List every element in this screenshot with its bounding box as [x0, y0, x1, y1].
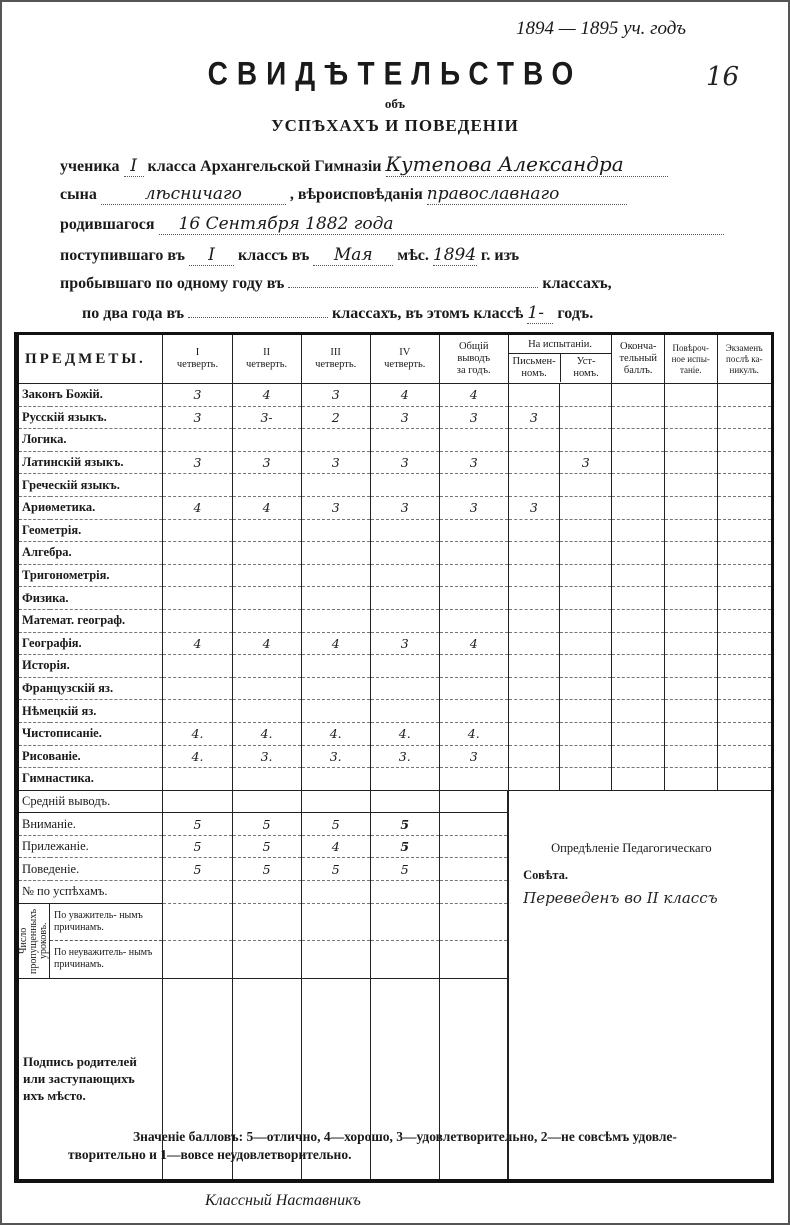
grade-q1[interactable]	[163, 564, 232, 587]
grade-q4[interactable]	[370, 542, 439, 565]
conduct-q3[interactable]: 5	[301, 813, 370, 836]
student-line-4: поступившаго въ I классъ въ Мая мѣс. 189…	[60, 245, 519, 266]
grade-q4[interactable]	[370, 474, 439, 497]
grade-final[interactable]	[612, 655, 665, 678]
grade-q1[interactable]: 3	[163, 451, 232, 474]
grade-retest[interactable]	[665, 677, 717, 700]
grade-q2[interactable]	[232, 677, 301, 700]
missed-valid-q2[interactable]	[232, 903, 301, 941]
grade-oral[interactable]	[560, 700, 612, 723]
birth-date-field[interactable]: 16 Сентября 1882 года	[159, 214, 724, 235]
grade-written[interactable]	[508, 768, 559, 791]
grade-legend-line-2: творительно и 1—вовсе неудовлетворительн…	[68, 1146, 773, 1164]
table-row: Русскій языкъ.33-2333	[17, 406, 773, 429]
subject-name: Нѣмецкій яз.	[17, 700, 163, 723]
grade-oral[interactable]	[560, 609, 612, 632]
grade-year[interactable]: 3	[439, 451, 508, 474]
table-row: Рисованіе.4.3.3.3.3	[17, 745, 773, 768]
grade-oral[interactable]	[560, 519, 612, 542]
grade-final[interactable]	[612, 609, 665, 632]
grade-q2[interactable]: 4	[232, 632, 301, 655]
grade-retest[interactable]	[665, 722, 717, 745]
grade-q4[interactable]	[370, 609, 439, 632]
council-label-1: Опредѣленіе Педагогическаго	[523, 841, 761, 856]
grade-year[interactable]	[439, 564, 508, 587]
grade-year[interactable]	[439, 519, 508, 542]
table-row: Французскій яз.	[17, 677, 773, 700]
subject-name: Чистописаніе.	[17, 722, 163, 745]
grade-written[interactable]	[508, 564, 559, 587]
grade-year[interactable]: 4	[439, 632, 508, 655]
grade-oral[interactable]	[560, 429, 612, 452]
council-decision-field[interactable]: Переведенъ во II классъ	[523, 889, 761, 907]
grade-q3[interactable]: 3	[301, 496, 370, 519]
header-exam-group: На испытаніи. Письмен-номъ. Уст-номъ.	[508, 334, 612, 384]
grade-year[interactable]	[439, 655, 508, 678]
grade-oral[interactable]	[560, 722, 612, 745]
conduct-name: № по успѣхамъ.	[17, 881, 163, 904]
grade-q3[interactable]	[301, 609, 370, 632]
subject-name: Логика.	[17, 429, 163, 452]
grade-q4[interactable]: 3	[370, 451, 439, 474]
conduct-q3[interactable]	[301, 881, 370, 904]
header-holiday-exam: Экзаменъпослѣ ка-никулъ.	[717, 334, 773, 384]
conduct-q2[interactable]: 5	[232, 858, 301, 881]
grade-q3[interactable]	[301, 587, 370, 610]
grade-oral[interactable]	[560, 768, 612, 791]
header-q4: IVчетверть.	[370, 334, 439, 384]
table-row: Географія.44434	[17, 632, 773, 655]
grade-q3[interactable]: 2	[301, 406, 370, 429]
conduct-q3[interactable]: 5	[301, 858, 370, 881]
grade-q4[interactable]	[370, 700, 439, 723]
grade-q4[interactable]	[370, 519, 439, 542]
conduct-q1[interactable]: 5	[163, 858, 232, 881]
grade-retest[interactable]	[665, 587, 717, 610]
table-row: Тригонометрія.	[17, 564, 773, 587]
grade-year[interactable]	[439, 768, 508, 791]
class-number-field[interactable]: I	[124, 156, 144, 177]
grade-q1[interactable]	[163, 768, 232, 791]
grade-q2[interactable]	[232, 564, 301, 587]
table-row: Греческій языкъ.	[17, 474, 773, 497]
subject-name: Географія.	[17, 632, 163, 655]
grade-final[interactable]	[612, 496, 665, 519]
table-row: Латинскій языкъ.333333	[17, 451, 773, 474]
entry-year-field[interactable]: 1894	[433, 245, 477, 266]
label: классахъ,	[542, 275, 611, 292]
student-name-field[interactable]: Кутепова Александра	[386, 152, 668, 177]
grade-q1[interactable]	[163, 677, 232, 700]
header-oral: Уст-номъ.	[560, 354, 612, 382]
grade-q3[interactable]	[301, 655, 370, 678]
grade-written[interactable]	[508, 632, 559, 655]
grade-q2[interactable]	[232, 429, 301, 452]
grade-q4[interactable]: 4	[370, 384, 439, 407]
label: пробывшаго по одному году въ	[60, 275, 284, 292]
grade-q1[interactable]	[163, 474, 232, 497]
conduct-q4[interactable]: 5	[370, 813, 439, 836]
grade-retest[interactable]	[665, 429, 717, 452]
grade-oral[interactable]	[560, 474, 612, 497]
grade-q1[interactable]: 3	[163, 406, 232, 429]
table-row: Физика.	[17, 587, 773, 610]
grade-q1[interactable]	[163, 609, 232, 632]
two-year-classes-field[interactable]	[188, 317, 328, 318]
grade-written[interactable]	[508, 519, 559, 542]
table-row: Чистописаніе.4.4.4.4.4.	[17, 722, 773, 745]
grade-final[interactable]	[612, 632, 665, 655]
conduct-q3[interactable]	[301, 790, 370, 813]
grade-q3[interactable]	[301, 542, 370, 565]
grade-q1[interactable]	[163, 429, 232, 452]
header-q3: IIIчетверть.	[301, 334, 370, 384]
grade-final[interactable]	[612, 677, 665, 700]
grade-holiday[interactable]	[717, 722, 773, 745]
header-year-total: Общійвыводъза годъ.	[439, 334, 508, 384]
grade-q3[interactable]	[301, 768, 370, 791]
grade-holiday[interactable]	[717, 655, 773, 678]
grade-retest[interactable]	[665, 496, 717, 519]
grade-q2[interactable]: 3-	[232, 406, 301, 429]
grade-q3[interactable]	[301, 700, 370, 723]
grade-final[interactable]	[612, 519, 665, 542]
subject-name: Математ. географ.	[17, 609, 163, 632]
conduct-q2[interactable]: 5	[232, 835, 301, 858]
grade-holiday[interactable]	[717, 474, 773, 497]
missed-valid-q3[interactable]	[301, 903, 370, 941]
grade-q4[interactable]	[370, 587, 439, 610]
missed-invalid-q4[interactable]	[370, 941, 439, 979]
grade-q2[interactable]	[232, 700, 301, 723]
conduct-q2[interactable]: 5	[232, 813, 301, 836]
label: классъ въ	[238, 247, 309, 264]
grade-q4[interactable]	[370, 655, 439, 678]
grade-q3[interactable]	[301, 564, 370, 587]
grade-final[interactable]	[612, 406, 665, 429]
grade-retest[interactable]	[665, 745, 717, 768]
grade-year[interactable]: 3	[439, 496, 508, 519]
subject-name: Ариөметика.	[17, 496, 163, 519]
grade-retest[interactable]	[665, 384, 717, 407]
grade-q1[interactable]: 4	[163, 496, 232, 519]
grade-q4[interactable]: 3	[370, 632, 439, 655]
grade-year[interactable]	[439, 429, 508, 452]
grade-q2[interactable]	[232, 474, 301, 497]
grade-oral[interactable]	[560, 655, 612, 678]
grade-year[interactable]: 3	[439, 745, 508, 768]
grade-year[interactable]: 4	[439, 384, 508, 407]
grade-q1[interactable]: 4	[163, 632, 232, 655]
religion-field[interactable]: православнаго	[427, 184, 627, 205]
label: родившагося	[60, 216, 155, 233]
grade-q3[interactable]	[301, 429, 370, 452]
grade-written[interactable]	[508, 451, 559, 474]
subject-name: Алгебра.	[17, 542, 163, 565]
subject-name: Физика.	[17, 587, 163, 610]
missed-valid-year[interactable]	[439, 903, 508, 941]
grade-written[interactable]	[508, 722, 559, 745]
grade-final[interactable]	[612, 587, 665, 610]
subject-name: Исторія.	[17, 655, 163, 678]
grade-q1[interactable]: 4.	[163, 745, 232, 768]
father-rank-field[interactable]: лѣсничаго	[101, 184, 286, 205]
grade-final[interactable]	[612, 451, 665, 474]
missed-invalid-year[interactable]	[439, 941, 508, 979]
header-written: Письмен-номъ.	[509, 354, 560, 382]
grade-oral[interactable]	[560, 677, 612, 700]
header-retest: Повѣроч-ное испы-таніе.	[665, 334, 717, 384]
grade-retest[interactable]	[665, 474, 717, 497]
grade-retest[interactable]	[665, 451, 717, 474]
grade-q3[interactable]: 4.	[301, 722, 370, 745]
grade-q4[interactable]: 3	[370, 406, 439, 429]
grade-q3[interactable]	[301, 677, 370, 700]
grade-q3[interactable]: 3	[301, 384, 370, 407]
grade-q1[interactable]: 3	[163, 384, 232, 407]
conduct-q1[interactable]	[163, 790, 232, 813]
missed-invalid-q1[interactable]	[163, 941, 232, 979]
entry-month-field[interactable]: Мая	[313, 245, 393, 266]
grade-final[interactable]	[612, 722, 665, 745]
grade-q2[interactable]	[232, 519, 301, 542]
grade-written[interactable]	[508, 587, 559, 610]
grade-final[interactable]	[612, 700, 665, 723]
conduct-name: Вниманіе.	[17, 813, 163, 836]
conduct-year[interactable]	[439, 881, 508, 904]
table-row: Ариөметика.443333	[17, 496, 773, 519]
grade-oral[interactable]	[560, 745, 612, 768]
conduct-name: Поведеніе.	[17, 858, 163, 881]
grade-legend: Значеніе балловъ: 5—отлично, 4—хорошо, 3…	[133, 1128, 773, 1164]
student-line-5: пробывшаго по одному году въ классахъ,	[60, 275, 612, 293]
grade-written[interactable]	[508, 542, 559, 565]
grade-retest[interactable]	[665, 609, 717, 632]
grade-q2[interactable]: 3	[232, 451, 301, 474]
grade-q2[interactable]	[232, 587, 301, 610]
grade-q2[interactable]: 4.	[232, 722, 301, 745]
grade-q1[interactable]	[163, 587, 232, 610]
grade-year[interactable]	[439, 700, 508, 723]
grade-holiday[interactable]	[717, 542, 773, 565]
grade-oral[interactable]	[560, 632, 612, 655]
table-row: Исторія.	[17, 655, 773, 678]
grade-written[interactable]	[508, 700, 559, 723]
grade-holiday[interactable]	[717, 451, 773, 474]
one-year-classes-field[interactable]	[288, 287, 538, 288]
grade-written[interactable]	[508, 745, 559, 768]
grade-final[interactable]	[612, 745, 665, 768]
grade-year[interactable]	[439, 474, 508, 497]
grade-written[interactable]	[508, 384, 559, 407]
subject-name: Тригонометрія.	[17, 564, 163, 587]
grade-oral[interactable]	[560, 587, 612, 610]
grade-oral[interactable]: 3	[560, 451, 612, 474]
conduct-q2[interactable]	[232, 881, 301, 904]
document-title: СВИДѢТЕЛЬСТВО	[0, 56, 790, 93]
grade-q1[interactable]	[163, 700, 232, 723]
header-subjects: ПРЕДМЕТЫ.	[17, 334, 163, 384]
grade-oral[interactable]	[560, 564, 612, 587]
conduct-q4[interactable]: 5	[370, 835, 439, 858]
subject-name: Греческій языкъ.	[17, 474, 163, 497]
student-line-1: ученика I класса Архангельской Гимназіи …	[60, 152, 668, 177]
entry-class-field[interactable]: I	[189, 245, 234, 266]
grade-holiday[interactable]	[717, 496, 773, 519]
conduct-q3[interactable]: 4	[301, 835, 370, 858]
grade-final[interactable]	[612, 474, 665, 497]
label: г. изъ	[481, 247, 519, 264]
grade-holiday[interactable]	[717, 768, 773, 791]
grade-final[interactable]	[612, 429, 665, 452]
council-decision-box: Опредѣленіе Педагогическаго Совѣта. Пере…	[508, 790, 772, 1178]
grade-holiday[interactable]	[717, 384, 773, 407]
missed-valid-q1[interactable]	[163, 903, 232, 941]
grade-year[interactable]	[439, 542, 508, 565]
conduct-q1[interactable]: 5	[163, 835, 232, 858]
grade-q3[interactable]	[301, 519, 370, 542]
conduct-year[interactable]	[439, 835, 508, 858]
missed-valid-q4[interactable]	[370, 903, 439, 941]
grade-holiday[interactable]	[717, 745, 773, 768]
header-final: Оконча-тельныйбаллъ.	[612, 334, 665, 384]
conduct-year[interactable]	[439, 858, 508, 881]
grade-retest[interactable]	[665, 700, 717, 723]
header-q1: Iчетверть.	[163, 334, 232, 384]
label: годъ.	[557, 305, 593, 322]
grade-retest[interactable]	[665, 542, 717, 565]
missed-invalid-label: По неуважитель- нымъ причинамъ.	[50, 941, 163, 979]
conduct-name: Средній выводъ.	[17, 790, 163, 813]
grade-written[interactable]	[508, 474, 559, 497]
grade-q3[interactable]: 4	[301, 632, 370, 655]
missed-lessons-label: Число пропущенныхъ уроковъ.	[17, 903, 50, 978]
grade-year[interactable]	[439, 677, 508, 700]
grade-year[interactable]	[439, 587, 508, 610]
grade-retest[interactable]	[665, 768, 717, 791]
student-line-6: по два года въ классахъ, въ этомъ классѣ…	[82, 303, 593, 324]
subject-name: Французскій яз.	[17, 677, 163, 700]
grade-holiday[interactable]	[717, 406, 773, 429]
grade-holiday[interactable]	[717, 609, 773, 632]
conduct-name: Прилежаніе.	[17, 835, 163, 858]
grade-holiday[interactable]	[717, 677, 773, 700]
grade-holiday[interactable]	[717, 519, 773, 542]
conduct-q4[interactable]	[370, 881, 439, 904]
grade-year[interactable]: 3	[439, 406, 508, 429]
year-in-class-field[interactable]: 1-	[527, 303, 553, 324]
class-teacher-label: Классный Наставникъ	[205, 1192, 361, 1210]
label: классахъ, въ этомъ классѣ	[332, 305, 523, 322]
label: ученика	[60, 158, 120, 175]
grade-q2[interactable]	[232, 768, 301, 791]
conduct-q1[interactable]: 5	[163, 813, 232, 836]
grade-q2[interactable]: 4	[232, 496, 301, 519]
grade-holiday[interactable]	[717, 587, 773, 610]
grade-retest[interactable]	[665, 632, 717, 655]
grade-final[interactable]	[612, 564, 665, 587]
student-line-3: родившагося 16 Сентября 1882 года	[60, 214, 724, 235]
grade-retest[interactable]	[665, 406, 717, 429]
grade-retest[interactable]	[665, 519, 717, 542]
conduct-q1[interactable]	[163, 881, 232, 904]
grade-oral[interactable]	[560, 384, 612, 407]
subject-name: Геометрія.	[17, 519, 163, 542]
grade-final[interactable]	[612, 768, 665, 791]
grade-q4[interactable]	[370, 564, 439, 587]
student-line-2: сына лѣсничаго , вѣроисповѣданія правосл…	[60, 184, 627, 205]
grade-q2[interactable]	[232, 542, 301, 565]
grade-q2[interactable]: 3.	[232, 745, 301, 768]
grade-holiday[interactable]	[717, 564, 773, 587]
grade-holiday[interactable]	[717, 700, 773, 723]
grade-q3[interactable]	[301, 474, 370, 497]
grade-legend-line-1: Значеніе балловъ: 5—отлично, 4—хорошо, 3…	[133, 1128, 773, 1146]
subject-name: Рисованіе.	[17, 745, 163, 768]
grade-q4[interactable]	[370, 429, 439, 452]
grade-q1[interactable]	[163, 542, 232, 565]
conduct-year[interactable]	[439, 790, 508, 813]
grade-final[interactable]	[612, 384, 665, 407]
conduct-q4[interactable]	[370, 790, 439, 813]
grade-q2[interactable]: 4	[232, 384, 301, 407]
grade-q1[interactable]: 4.	[163, 722, 232, 745]
table-row: Законъ Божій.34344	[17, 384, 773, 407]
grade-retest[interactable]	[665, 655, 717, 678]
grade-oral[interactable]	[560, 542, 612, 565]
grade-written[interactable]	[508, 429, 559, 452]
grade-written[interactable]	[508, 655, 559, 678]
grade-year[interactable]: 4.	[439, 722, 508, 745]
label: по два года въ	[82, 305, 184, 322]
label: , вѣроисповѣданія	[290, 186, 423, 203]
grade-oral[interactable]	[560, 406, 612, 429]
grade-written[interactable]	[508, 609, 559, 632]
conduct-q4[interactable]: 5	[370, 858, 439, 881]
grade-q4[interactable]: 3	[370, 496, 439, 519]
grade-q3[interactable]: 3.	[301, 745, 370, 768]
grade-retest[interactable]	[665, 564, 717, 587]
grade-q4[interactable]	[370, 677, 439, 700]
grade-q1[interactable]	[163, 655, 232, 678]
grade-q2[interactable]	[232, 609, 301, 632]
table-row: Логика.	[17, 429, 773, 452]
subject-name: Латинскій языкъ.	[17, 451, 163, 474]
grade-q2[interactable]	[232, 655, 301, 678]
grade-final[interactable]	[612, 542, 665, 565]
grade-written[interactable]: 3	[508, 496, 559, 519]
grade-holiday[interactable]	[717, 429, 773, 452]
label: класса Архангельской Гимназіи	[148, 158, 382, 175]
grade-holiday[interactable]	[717, 632, 773, 655]
grade-written[interactable]: 3	[508, 406, 559, 429]
conduct-year[interactable]	[439, 813, 508, 836]
grade-q4[interactable]: 3.	[370, 745, 439, 768]
council-label-2: Совѣта.	[523, 868, 761, 883]
grade-q3[interactable]: 3	[301, 451, 370, 474]
grade-written[interactable]	[508, 677, 559, 700]
missed-invalid-q2[interactable]	[232, 941, 301, 979]
grade-oral[interactable]	[560, 496, 612, 519]
conduct-q2[interactable]	[232, 790, 301, 813]
grade-q1[interactable]	[163, 519, 232, 542]
grade-q4[interactable]: 4.	[370, 722, 439, 745]
grade-q4[interactable]	[370, 768, 439, 791]
document-subtitle-2: УСПѢХАХЪ И ПОВЕДЕНІИ	[0, 116, 790, 136]
missed-invalid-q3[interactable]	[301, 941, 370, 979]
subject-name: Русскій языкъ.	[17, 406, 163, 429]
grade-year[interactable]	[439, 609, 508, 632]
